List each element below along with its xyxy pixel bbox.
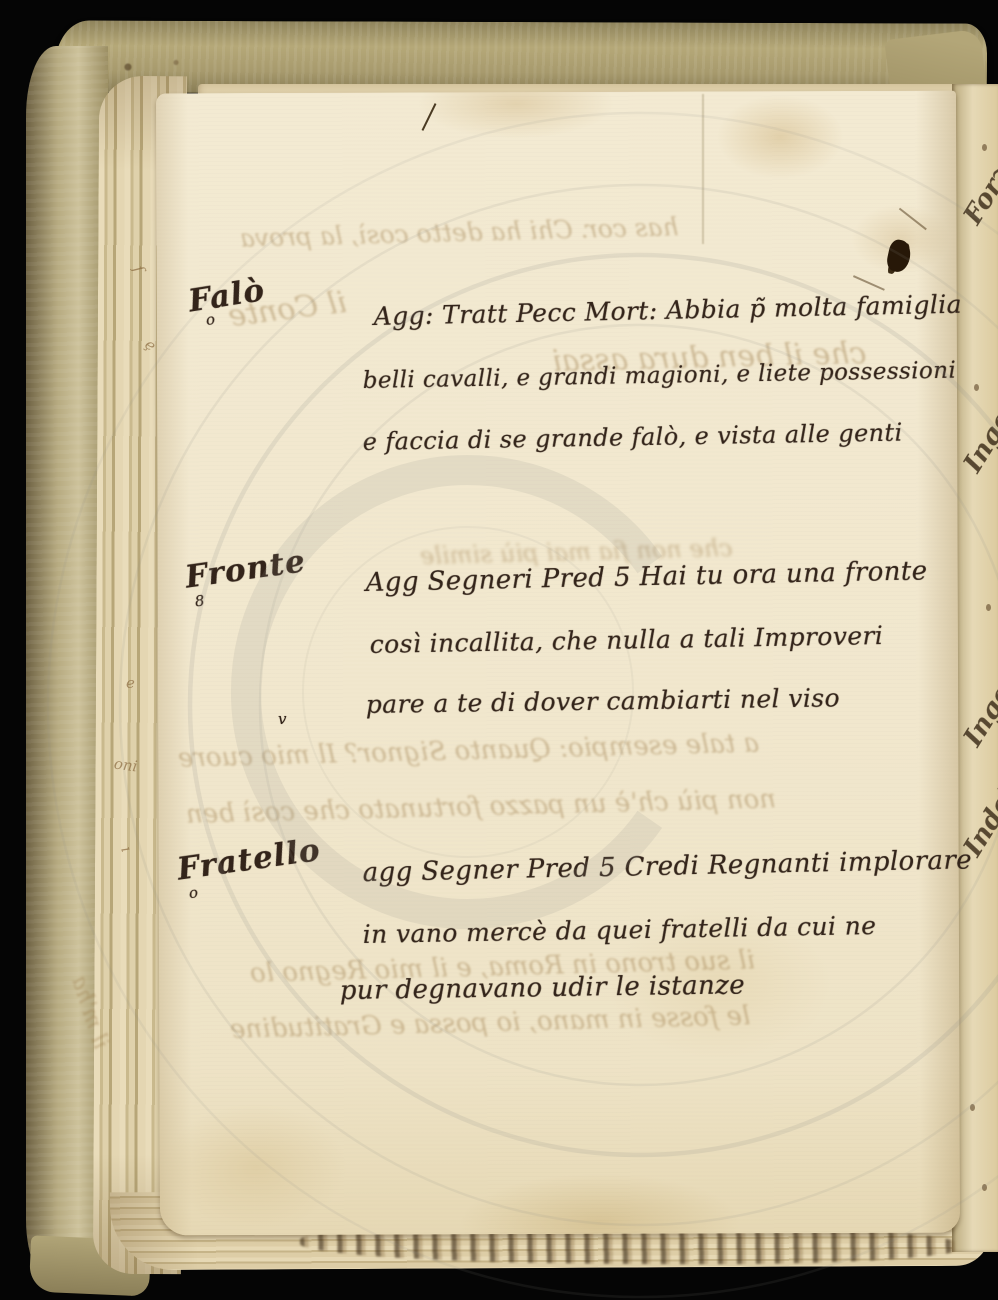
ink-speck: [982, 144, 987, 151]
fore-edge-word: Ingegno: [958, 360, 998, 478]
ink-speck: [982, 1184, 987, 1191]
ink-speck: [970, 1104, 975, 1111]
manuscript-page: [156, 91, 960, 1236]
stray-mark: v: [278, 710, 286, 728]
headword-sub-mark: 8: [194, 591, 207, 610]
entry-line: pur degnavano udir le istanze: [340, 970, 746, 1006]
fore-edge-word: Ingegno: [958, 634, 998, 752]
ink-speck: [974, 384, 979, 391]
manuscript-photo: Forza Ingegno Ingegno Indole v ſ ȩ e oni…: [0, 0, 998, 1300]
ink-speck: [986, 604, 991, 611]
page-crease: [702, 94, 704, 244]
fore-edge-word: Forza: [958, 146, 998, 229]
edge-bleed-mark: e: [126, 674, 135, 692]
edge-bleed-mark: oni: [113, 754, 139, 775]
